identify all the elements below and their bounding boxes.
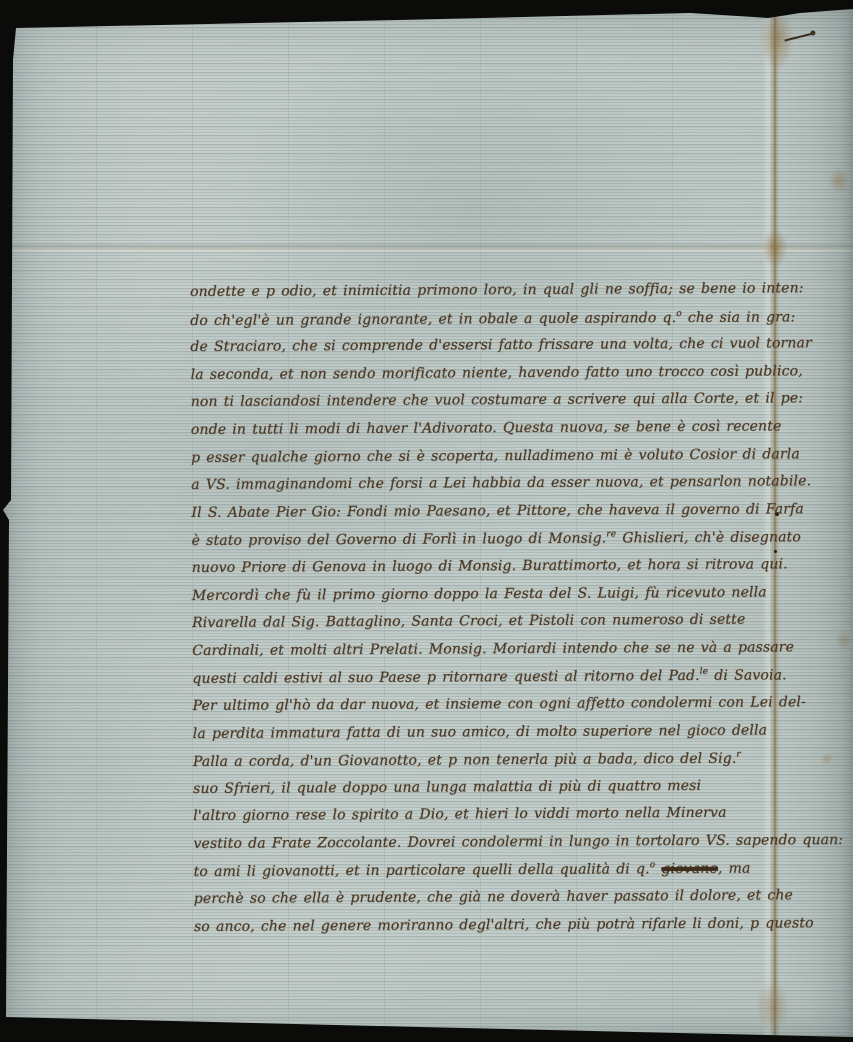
- manuscript-line-18: Palla a corda, d'un Giovanotto, et p non…: [193, 749, 785, 780]
- handwriting-segment: vestito da Frate Zoccolante. Dovrei cond…: [193, 832, 843, 852]
- handwriting-segment: Il S. Abate Pier Gio: Fondi mio Paesano,…: [191, 501, 804, 521]
- manuscript-line-11: nuovo Priore di Genova in luogo di Monsi…: [192, 556, 784, 587]
- handwriting-segment: le: [700, 667, 709, 677]
- handwriting-segment: de Straciaro, che si comprende d'essersi…: [190, 335, 812, 355]
- horizontal-fold-crease: [0, 245, 853, 253]
- handwriting-segment: to ami li giovanotti, et in particolare …: [194, 862, 650, 881]
- edge-stain: [820, 752, 834, 766]
- handwriting-segment: Per ultimo gl'hò da dar nuova, et insiem…: [193, 694, 806, 714]
- manuscript-line-7: p esser qualche giorno che si è scoperta…: [191, 446, 783, 477]
- handwriting-segment: la perdita immatura fatta di un suo amic…: [193, 722, 767, 742]
- manuscript-line-12: Mercordì che fù il primo giorno doppo la…: [192, 584, 784, 615]
- manuscript-line-17: la perdita immatura fatta di un suo amic…: [193, 722, 785, 753]
- paper-sheet: ondette e p odio, et inimicitia primono …: [0, 0, 853, 1042]
- handwriting-segment: Cardinali, et molti altri Prelati. Monsi…: [192, 639, 794, 659]
- manuscript-line-19: suo Sfrieri, il quale doppo una lunga ma…: [193, 777, 785, 808]
- manuscript-line-10: è stato proviso del Governo di Forlì in …: [192, 529, 784, 560]
- manuscript-line-23: perchè so che ella è prudente, che già n…: [194, 887, 786, 918]
- handwriting-segment: Rivarella dal Sig. Battaglino, Santa Cro…: [192, 612, 745, 631]
- fold-stain-bottom: [756, 980, 790, 1034]
- manuscript-line-22: to ami li giovanotti, et in particolare …: [194, 860, 786, 891]
- manuscript-line-4: la seconda, et non sendo morificato nien…: [191, 363, 783, 394]
- handwriting-segment: Mercordì che fù il primo giorno doppo la…: [192, 584, 767, 604]
- handwriting-segment: non ti lasciandosi intendere che vuol co…: [191, 391, 803, 411]
- manuscript-line-1: ondette e p odio, et inimicitia primono …: [190, 280, 782, 311]
- fold-stain-intersection: [762, 228, 788, 268]
- manuscript-scan: ondette e p odio, et inimicitia primono …: [0, 0, 853, 1042]
- struck-out-word: giovane: [661, 861, 718, 877]
- manuscript-line-15: questi caldi estivi al suo Paese p ritor…: [192, 667, 784, 698]
- handwriting-segment: nuovo Priore di Genova in luogo di Monsi…: [192, 556, 788, 576]
- handwriting-segment: so anco, che nel genere moriranno degl'a…: [194, 915, 814, 935]
- handwriting-segment: di Savoia.: [708, 668, 787, 684]
- manuscript-line-5: non ti lasciandosi intendere che vuol co…: [191, 391, 783, 422]
- handwriting-segment: l'altro giorno rese lo spirito a Dio, et…: [193, 805, 726, 824]
- handwriting-segment: questi caldi estivi al suo Paese p ritor…: [192, 668, 699, 687]
- handwriting-segment: ondette e p odio, et inimicitia primono …: [190, 280, 804, 300]
- manuscript-line-20: l'altro giorno rese lo spirito a Dio, et…: [193, 805, 785, 836]
- manuscript-line-14: Cardinali, et molti altri Prelati. Monsi…: [192, 639, 784, 670]
- handwriting-segment: la seconda, et non sendo morificato nien…: [191, 363, 803, 383]
- handwriting-segment: , ma: [718, 861, 751, 877]
- handwriting-segment: suo Sfrieri, il quale doppo una lunga ma…: [193, 778, 701, 797]
- edge-stain: [836, 630, 852, 650]
- manuscript-line-3: de Straciaro, che si comprende d'essersi…: [190, 336, 782, 367]
- manuscript-line-9: Il S. Abate Pier Gio: Fondi mio Paesano,…: [191, 501, 783, 532]
- manuscript-line-24: so anco, che nel genere moriranno degl'a…: [194, 915, 786, 946]
- handwriting-segment: Ghislieri, ch'è disegnato: [616, 530, 801, 547]
- handwriting-segment: Palla a corda, d'un Giovanotto, et p non…: [193, 751, 737, 770]
- handwriting-segment: onde in tutti li modi di haver l'Adivora…: [191, 418, 782, 438]
- manuscript-line-13: Rivarella dal Sig. Battaglino, Santa Cro…: [192, 612, 784, 643]
- handwriting-segment: a VS. immaginandomi che forsi a Lei habb…: [191, 473, 811, 493]
- edge-stain: [828, 168, 850, 194]
- handwriting-segment: re: [606, 530, 616, 540]
- manuscript-line-6: onde in tutti li modi di haver l'Adivora…: [191, 418, 783, 449]
- handwriting-segment: perchè so che ella è prudente, che già n…: [194, 887, 793, 907]
- handwriting-segment: che sia in gra:: [682, 309, 796, 326]
- handwriting-segment: do ch'egl'è un grande ignorante, et in o…: [190, 310, 676, 329]
- manuscript-line-21: vestito da Frate Zoccolante. Dovrei cond…: [193, 832, 785, 863]
- handwriting-segment: p esser qualche giorno che si è scoperta…: [191, 446, 800, 466]
- handwriting-segment: è stato proviso del Governo di Forlì in …: [192, 531, 607, 550]
- handwriting-segment: r: [736, 750, 741, 760]
- manuscript-line-16: Per ultimo gl'hò da dar nuova, et insiem…: [193, 694, 785, 725]
- manuscript-line-8: a VS. immaginandomi che forsi a Lei habb…: [191, 474, 783, 505]
- handwriting-segment: o: [650, 861, 656, 871]
- letter-text-block: ondette e p odio, et inimicitia primono …: [190, 280, 786, 946]
- manuscript-line-2: do ch'egl'è un grande ignorante, et in o…: [190, 308, 782, 339]
